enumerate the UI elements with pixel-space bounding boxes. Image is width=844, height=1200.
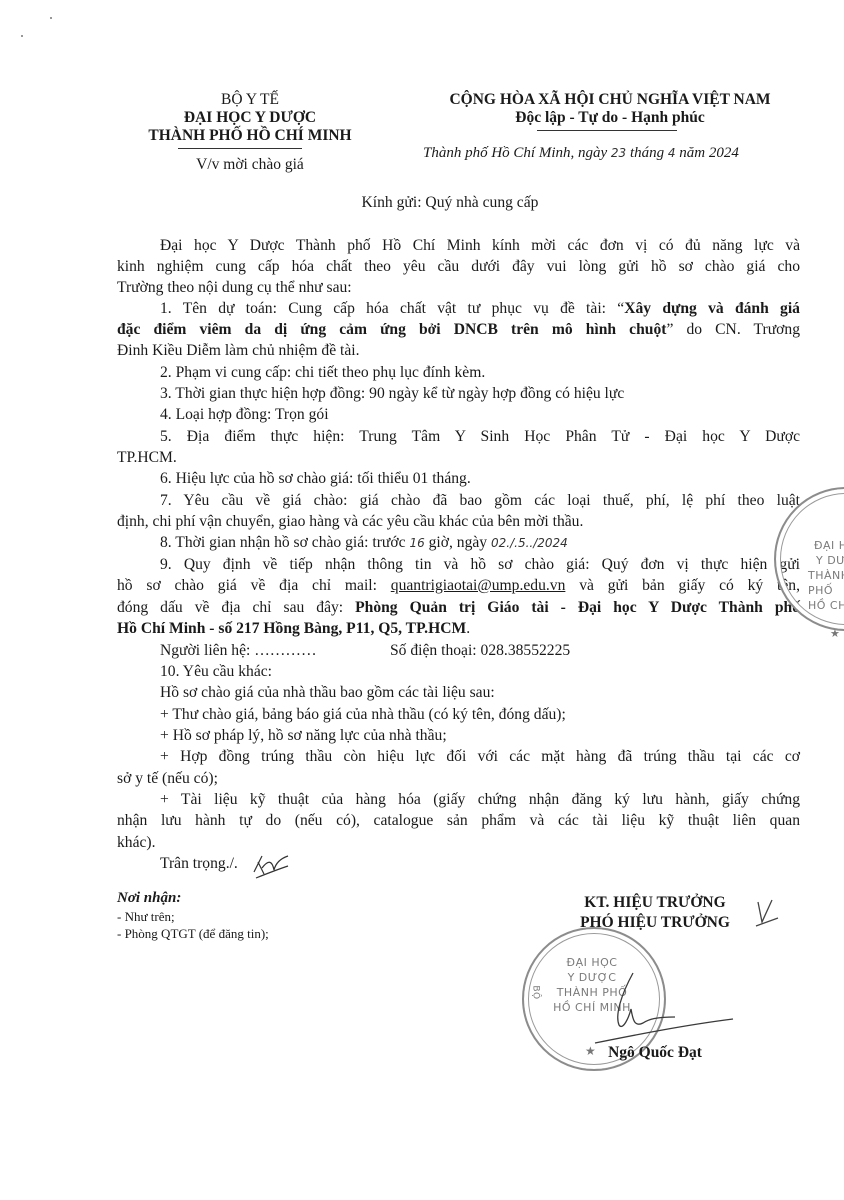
handwritten-signature-icon xyxy=(565,965,735,1045)
item-9-line-1: 9. Quy định về tiếp nhận thông tin và hồ… xyxy=(160,554,800,575)
salutation: Kính gửi: Quý nhà cung cấp xyxy=(100,192,800,213)
university-name-line1: ĐẠI HỌC Y DƯỢC xyxy=(110,108,390,128)
contact-email-link[interactable]: quantrigiaotai@ump.edu.vn xyxy=(391,577,566,594)
university-name-line2: THÀNH PHỐ HỒ CHÍ MINH xyxy=(110,126,390,146)
item-8: 8. Thời gian nhận hồ sơ chào giá: trước … xyxy=(160,532,568,554)
item-5-line-1: 5. Địa điểm thực hiện: Trung Tâm Y Sinh … xyxy=(160,426,800,447)
intro-line-3: Trường theo nội dung cụ thể như sau: xyxy=(117,277,352,298)
item-6: 6. Hiệu lực của hồ sơ chào giá: tối thiể… xyxy=(160,468,471,489)
handwritten-day: 23 xyxy=(611,146,626,160)
handwritten-month: 4 xyxy=(668,146,676,160)
contact-person: Người liên hệ: ………… xyxy=(160,640,317,661)
signer-name: Ngô Quốc Đạt xyxy=(580,1043,730,1063)
national-motto: Độc lập - Tự do - Hạnh phúc xyxy=(420,108,800,128)
item-7-line-2: định, chi phí vận chuyển, giao hàng và c… xyxy=(117,511,583,532)
item-10-d-line-3: khác). xyxy=(117,832,156,853)
handwritten-deadline-date: 02./.5../2024 xyxy=(491,536,568,550)
item-5-line-2: TP.HCM. xyxy=(117,447,177,468)
recipient-item: - Như trên; xyxy=(117,908,175,925)
contact-phone: Số điện thoại: 028.38552225 xyxy=(390,640,570,661)
item-2: 2. Phạm vi cung cấp: chi tiết theo phụ l… xyxy=(160,362,485,383)
signer-role-1: KT. HIỆU TRƯỞNG xyxy=(540,893,770,913)
subject-line: V/v mời chào giá xyxy=(110,155,390,175)
intro-line-2: kinh nghiệm cung cấp hóa chất theo yêu c… xyxy=(117,256,800,277)
item-1-line-3: Đinh Kiều Diễm làm chủ nhiệm đề tài. xyxy=(117,340,360,361)
initials-signature-icon xyxy=(250,852,292,882)
handwritten-hour: 16 xyxy=(409,536,424,550)
item-10-c-line-1: + Hợp đồng trúng thầu còn hiệu lực đối v… xyxy=(160,746,800,767)
margin-seal-text: ĐẠI HỌC Y DƯ THÀNH PHỐ HỒ CHÍ xyxy=(808,538,844,613)
item-9-line-2: hồ sơ chào giá về địa chỉ mail: quantrig… xyxy=(117,575,800,596)
document-date: Thành phố Hồ Chí Minh, ngày 23 tháng 4 n… xyxy=(423,143,739,163)
item-10-intro: Hồ sơ chào giá của nhà thầu bao gồm các … xyxy=(160,682,495,703)
item-10-c-line-2: sở y tế (nếu có); xyxy=(117,768,218,789)
closing: Trân trọng./. xyxy=(160,853,238,874)
nation-title: CỘNG HÒA XÃ HỘI CHỦ NGHĨA VIỆT NAM xyxy=(420,90,800,110)
stamp-side-text: BỘ xyxy=(528,985,543,999)
item-4: 4. Loại hợp đồng: Trọn gói xyxy=(160,404,329,425)
recipients-title: Nơi nhận: xyxy=(117,890,181,907)
item-10-a: + Thư chào giá, bảng báo giá của nhà thầ… xyxy=(160,704,566,725)
document-page: BỘ Y TẾ ĐẠI HỌC Y DƯỢC THÀNH PHỐ HỒ CHÍ … xyxy=(0,0,844,1200)
header-left-underline xyxy=(178,148,302,149)
ministry-name: BỘ Y TẾ xyxy=(110,90,390,110)
item-10: 10. Yêu cầu khác: xyxy=(160,661,272,682)
item-7-line-1: 7. Yêu cầu về giá chào: giá chào đã bao … xyxy=(160,490,800,511)
intro-line-1: Đại học Y Dược Thành phố Hồ Chí Minh kín… xyxy=(160,235,800,256)
item-3: 3. Thời gian thực hiện hợp đồng: 90 ngày… xyxy=(160,383,624,404)
item-10-d-line-1: + Tài liệu kỹ thuật của hàng hóa (giấy c… xyxy=(160,789,800,810)
initial-mark-icon xyxy=(752,896,780,932)
item-10-b: + Hồ sơ pháp lý, hồ sơ năng lực của nhà … xyxy=(160,725,447,746)
item-1-line-2: đặc điểm viêm da dị ứng cảm ứng bởi DNCB… xyxy=(117,319,800,340)
recipient-item: - Phòng QTGT (để đăng tin); xyxy=(117,925,269,942)
item-9-line-4: Hồ Chí Minh - số 217 Hồng Bàng, P11, Q5,… xyxy=(117,618,470,639)
header-right-underline xyxy=(537,130,677,131)
item-1-line-1: 1. Tên dự toán: Cung cấp hóa chất vật tư… xyxy=(160,298,800,319)
item-9-line-3: đóng dấu về địa chỉ sau đây: Phòng Quản … xyxy=(117,597,800,618)
scan-speck xyxy=(50,17,52,19)
margin-seal-star-icon: ★ xyxy=(830,627,840,640)
item-10-d-line-2: nhận lưu hành tự do (nếu có), catalogue … xyxy=(117,810,800,831)
scan-speck xyxy=(21,35,23,37)
